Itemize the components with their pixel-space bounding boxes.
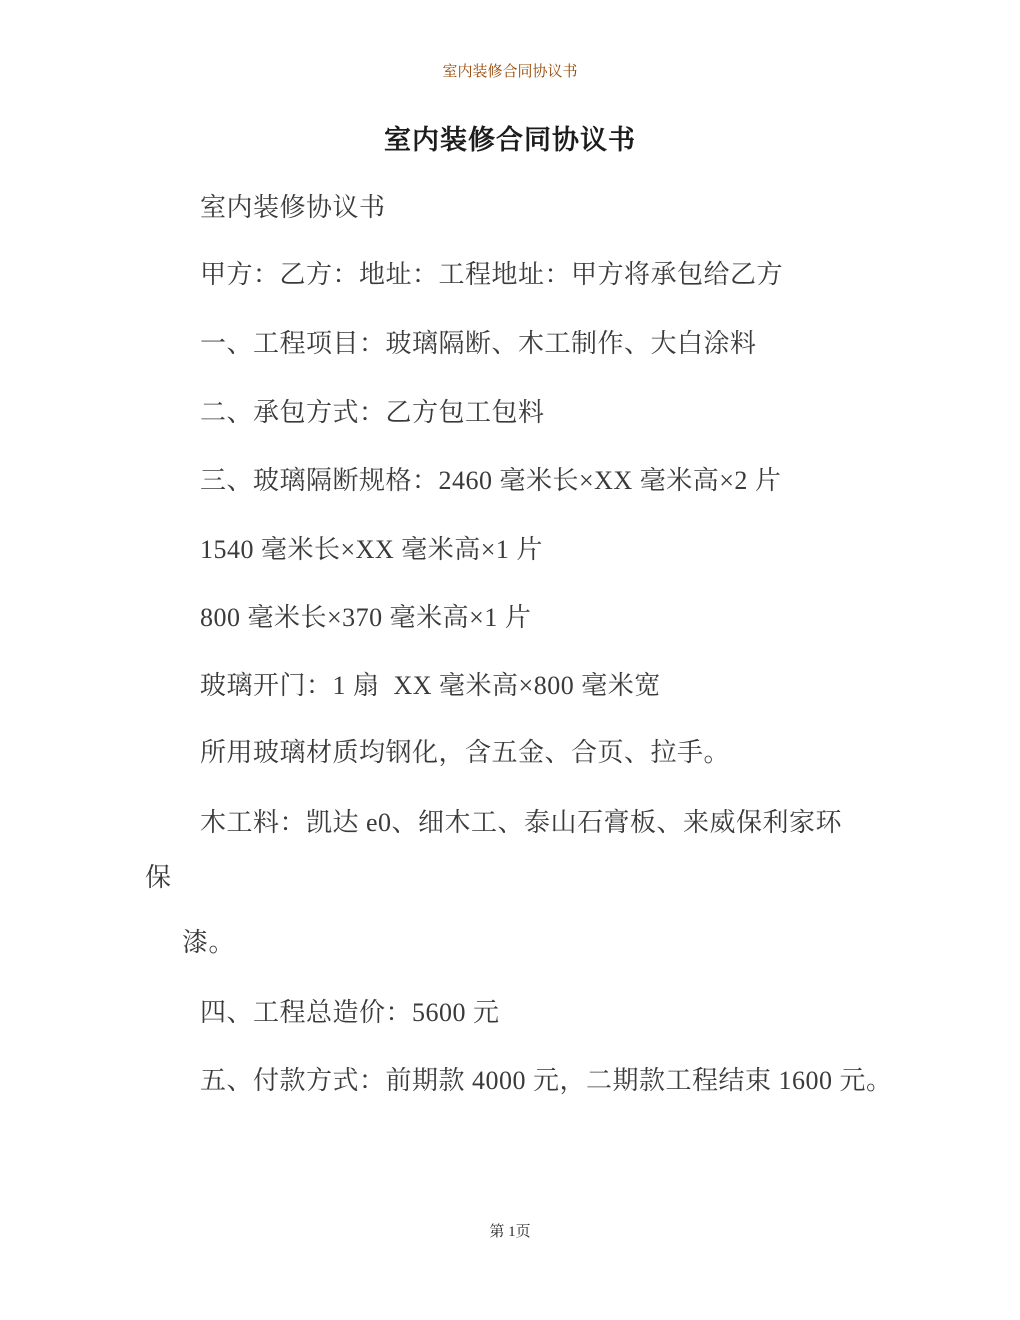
- running-header: 室内装修合同协议书: [0, 60, 1020, 81]
- paragraph-line: 室内装修协议书: [145, 192, 900, 223]
- paragraph-line: 五、付款方式：前期款 4000 元，二期款工程结束 1600 元。: [145, 1065, 900, 1096]
- page-footer: 第 1页: [0, 1220, 1020, 1241]
- paragraph-line: 三、玻璃隔断规格：2460 毫米长×XX 毫米高×2 片: [145, 465, 900, 496]
- paragraph-line: 二、承包方式：乙方包工包料: [145, 397, 900, 428]
- paragraph-line: 所用玻璃材质均钢化，含五金、合页、拉手。: [145, 737, 900, 768]
- paragraph-line: 漆。: [145, 927, 900, 958]
- paragraph-line: 玻璃开门：1 扇 XX 毫米高×800 毫米宽: [145, 670, 900, 701]
- paragraph-line: 甲方：乙方：地址：工程地址：甲方将承包给乙方: [145, 259, 900, 290]
- paragraph-line: 一、工程项目：玻璃隔断、木工制作、大白涂料: [145, 328, 900, 359]
- paragraph-line: 保: [145, 862, 900, 893]
- paragraph-line: 1540 毫米长×XX 毫米高×1 片: [145, 534, 900, 565]
- document-page: 室内装修合同协议书 室内装修合同协议书 室内装修协议书 甲方：乙方：地址：工程地…: [0, 0, 1020, 1320]
- paragraph-line: 木工料：凯达 e0、细木工、泰山石膏板、来威保利家环: [145, 807, 900, 838]
- page-title: 室内装修合同协议书: [0, 118, 1020, 157]
- paragraph-line: 四、工程总造价：5600 元: [145, 997, 900, 1028]
- paragraph-line: 800 毫米长×370 毫米高×1 片: [145, 602, 900, 633]
